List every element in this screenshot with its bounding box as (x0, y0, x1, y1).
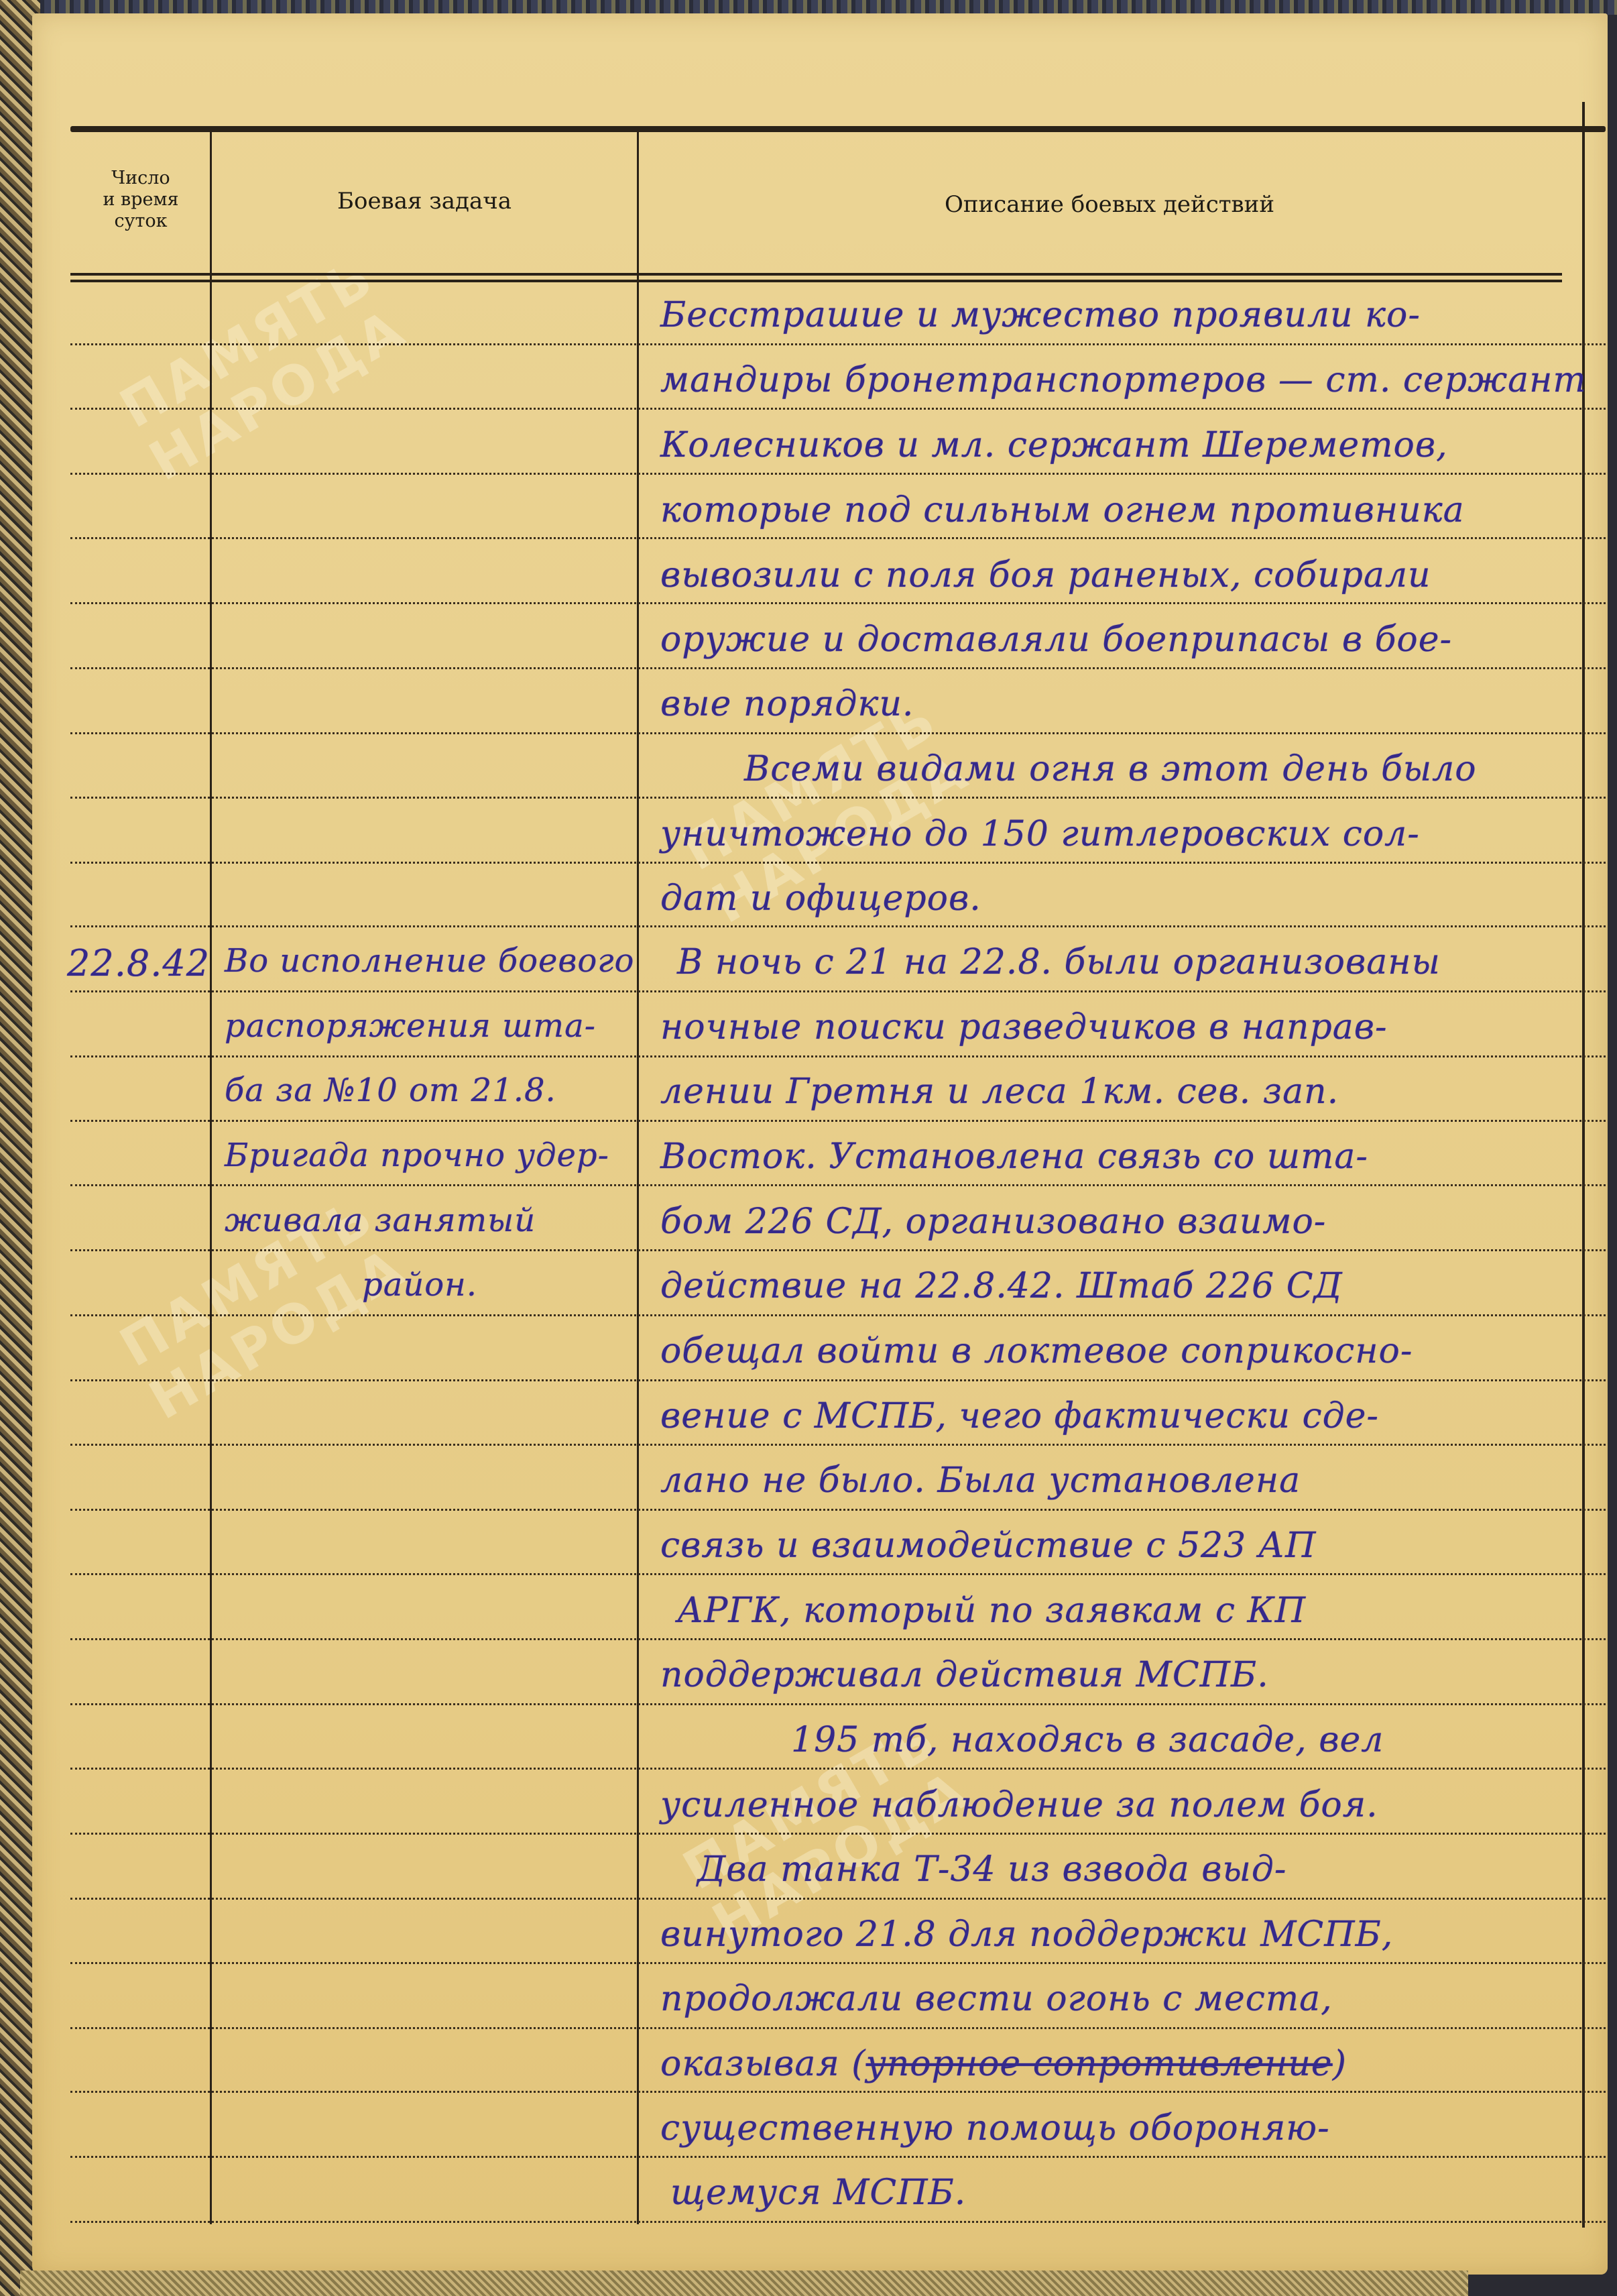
description-line: мандиры бронетранспортеров — ст. сержант (660, 360, 1587, 400)
description-line: АРГК, который по заявкам с КП (677, 1591, 1306, 1631)
ruled-line (70, 2027, 1606, 2029)
ruled-line (70, 925, 1606, 927)
description-line: ночные поиски разведчиков в направ- (660, 1007, 1388, 1047)
description-line: которые под сильным огнем противника (660, 490, 1465, 530)
table-top-rule (70, 126, 1606, 132)
struck-out-text: упорное сопротивление (866, 2044, 1333, 2084)
description-line: оружие и доставляли боеприпасы в боe- (660, 620, 1452, 660)
ruled-line (70, 602, 1606, 604)
ruled-line (70, 862, 1606, 864)
ruled-line (70, 2091, 1606, 2093)
description-line: действие на 22.8.42. Штаб 226 СД (660, 1266, 1343, 1306)
book-binding-top (0, 0, 1617, 15)
ruled-line (70, 1898, 1606, 1900)
ruled-line (70, 343, 1606, 345)
description-line: лении Гретня и леса 1км. сев. зап. (660, 1072, 1339, 1112)
description-text: оказывая ( (660, 2044, 866, 2084)
description-line: дат и офицеров. (660, 878, 981, 919)
task-line: живала занятый (225, 1202, 536, 1239)
ruled-line (70, 1249, 1606, 1251)
description-line: вение с МСПБ, чего фактически сде- (660, 1396, 1379, 1436)
task-line: Во исполнение боевого (225, 942, 634, 980)
ruled-line (70, 473, 1606, 475)
header-bottom-rule (70, 273, 1562, 276)
ruled-line (70, 408, 1606, 410)
ruled-line (70, 667, 1606, 669)
task-line: распоряжения шта- (225, 1007, 596, 1045)
description-line: Бесстрашие и мужество проявили ко- (660, 295, 1421, 335)
task-line: Бригада прочно удер- (225, 1137, 609, 1174)
description-line: уничтожено до 150 гитлеровских сол- (660, 814, 1420, 854)
ruled-line (70, 1638, 1606, 1640)
ruled-line (70, 1833, 1606, 1835)
ruled-line (70, 1379, 1606, 1381)
description-line: вывозили с поля боя раненых, собирали (660, 555, 1431, 595)
description-line: существенную помощь обороняю- (660, 2108, 1330, 2148)
description-line: связь и взаимодействие с 523 АП (660, 1526, 1316, 1566)
table-right-border (1582, 102, 1585, 2228)
ruled-line (70, 797, 1606, 799)
ruled-line (70, 1573, 1606, 1575)
description-line: поддерживал действия МСПБ. (660, 1655, 1269, 1695)
description-line: обещал войти в локтевое соприкосно- (660, 1331, 1413, 1371)
description-line-with-strikeout: оказывая (упорное сопротивление) (660, 2044, 1347, 2084)
book-binding-bottom (20, 2271, 1468, 2296)
entry-date: 22.8.42 (67, 942, 210, 984)
ruled-line (70, 990, 1606, 992)
description-line: Два танка Т-34 из взвода выд- (697, 1849, 1286, 1890)
ruled-line (70, 2221, 1606, 2223)
ruled-line (70, 1184, 1606, 1186)
header-bottom-rule (70, 280, 1562, 282)
ruled-line (70, 1055, 1606, 1057)
header-combat-description: Описание боевых действий (640, 191, 1579, 218)
task-line: район. (362, 1266, 477, 1304)
ruled-line (70, 2156, 1606, 2158)
description-line: В ночь с 21 на 22.8. были организованы (677, 942, 1441, 982)
ruled-line (70, 732, 1606, 734)
column-divider-1 (210, 132, 212, 2224)
description-line: 195 тб, находясь в засаде, вел (791, 1720, 1384, 1760)
description-line: бом 226 СД, организовано взаимо- (660, 1202, 1326, 1242)
description-line: Восток. Установлена связь со шта- (660, 1137, 1368, 1177)
column-divider-2 (637, 132, 639, 2224)
description-line: вые порядки. (660, 684, 914, 724)
header-combat-task: Боевая задача (213, 188, 636, 215)
description-line: лано не было. Была установлена (660, 1460, 1301, 1501)
description-line: Всеми видами огня в этот день было (744, 749, 1477, 789)
ruled-line (70, 1962, 1606, 1964)
description-line: Колесников и мл. сержант Шереметов, (660, 425, 1448, 465)
ruled-line (70, 1768, 1606, 1770)
description-line: щемуся МСПБ. (670, 2173, 966, 2213)
description-line: продолжали вести огонь с места, (660, 1979, 1333, 2019)
ruled-line (70, 537, 1606, 539)
ruled-line (70, 1444, 1606, 1446)
ruled-line (70, 1120, 1606, 1122)
ruled-line (70, 1314, 1606, 1316)
description-line: усиленное наблюдение за полем боя. (660, 1785, 1378, 1825)
ruled-line (70, 1703, 1606, 1705)
description-line: винутого 21.8 для поддержки МСПБ, (660, 1914, 1393, 1955)
header-date-time: Число и время суток (74, 168, 208, 232)
task-line: ба за №10 от 21.8. (225, 1072, 556, 1109)
ruled-line (70, 1509, 1606, 1511)
